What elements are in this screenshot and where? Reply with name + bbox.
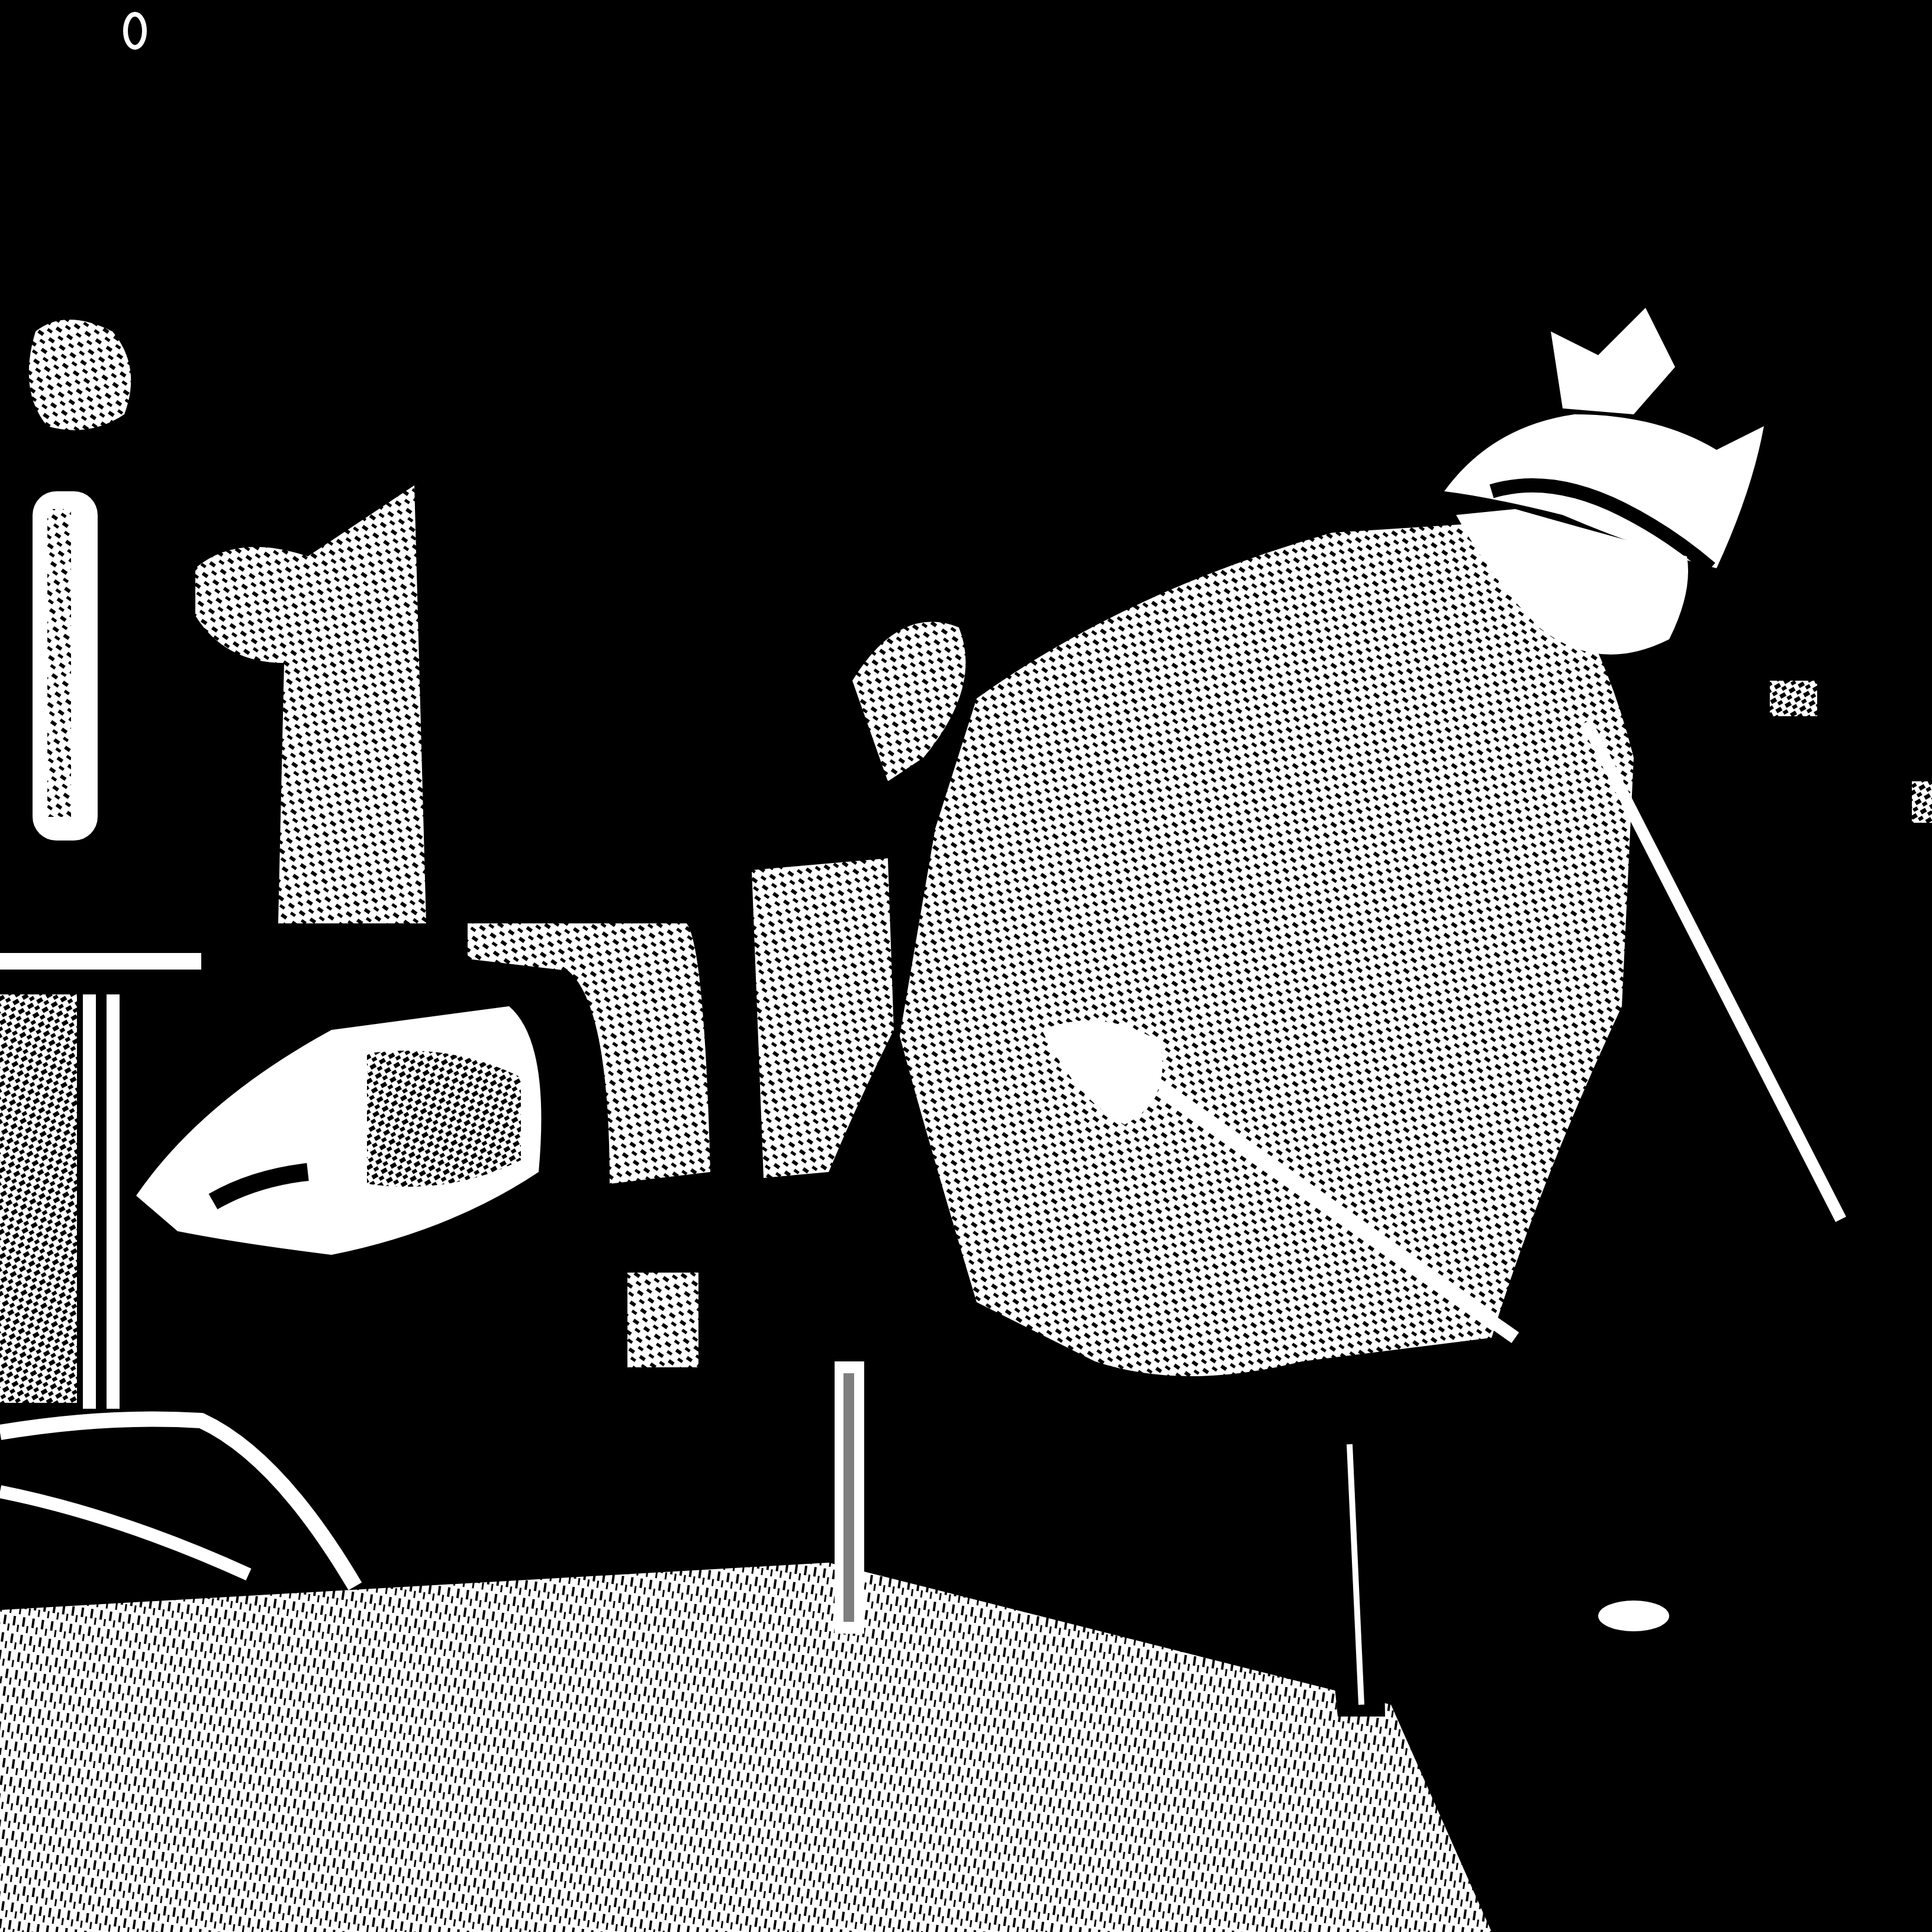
cane: [835, 1361, 864, 1634]
halftone-photo: [0, 0, 1932, 1932]
